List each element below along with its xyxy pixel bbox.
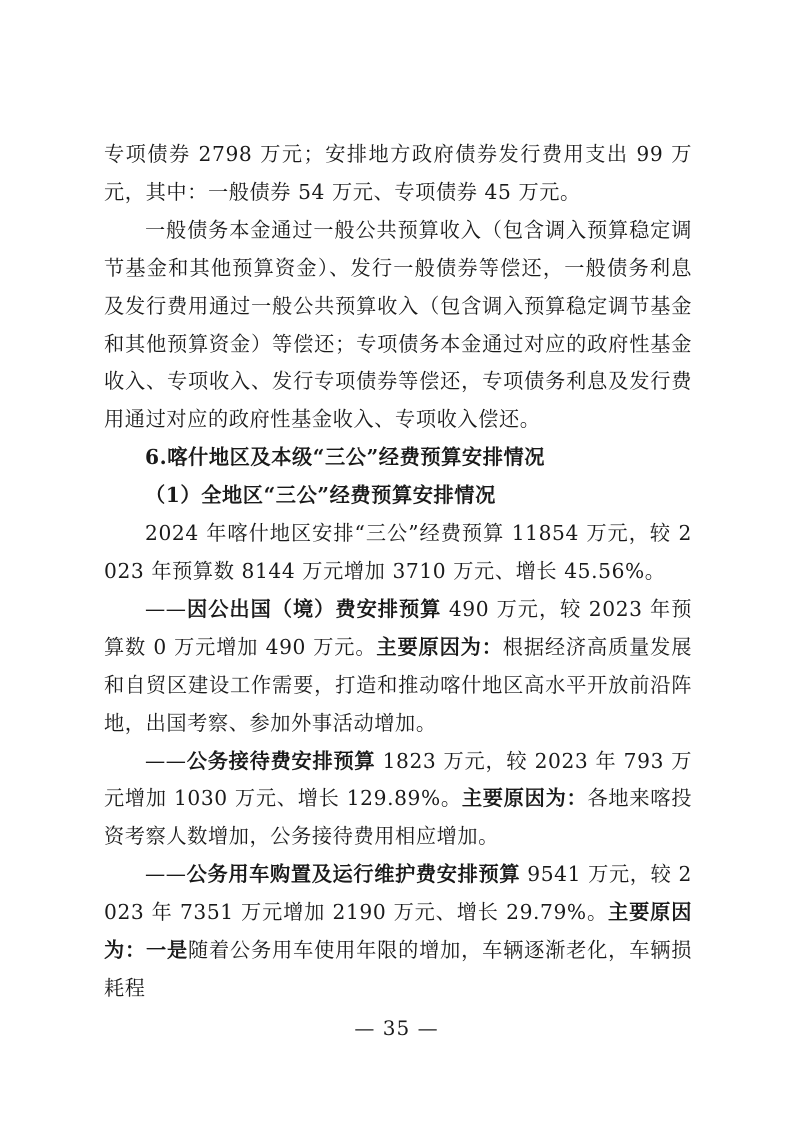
item-overseas-travel: ——因公出国（境）费安排预算 490 万元，较 2023 年预算数 0 万元增加… (104, 591, 692, 743)
item-lead-dash: —— (145, 862, 187, 886)
reason-label: 主要原因为： (376, 635, 502, 659)
paragraph-debt-issuance-cost: 专项债券 2798 万元；安排地方政府债券发行费用支出 99 万元，其中：一般债… (104, 136, 692, 212)
item-title: 公务用车购置及运行维护费安排预算 (187, 862, 521, 886)
section-heading: 6.喀什地区及本级“三公”经费预算安排情况 (104, 439, 692, 477)
summary-paragraph: 2024 年喀什地区安排“三公”经费预算 11854 万元，较 2023 年预算… (104, 515, 692, 591)
subsection-heading: （1）全地区“三公”经费预算安排情况 (104, 477, 692, 515)
reason-text: 随着公务用车使用年限的增加，车辆逐渐老化，车辆损耗程 (104, 938, 692, 1000)
reason-label: 主要原因为： (462, 786, 588, 810)
page-number: — 35 — (0, 1016, 793, 1040)
document-body: 专项债券 2798 万元；安排地方政府债券发行费用支出 99 万元，其中：一般债… (104, 136, 692, 1008)
reason-first-label: 一是 (146, 938, 188, 962)
item-lead-dash: —— (145, 597, 187, 621)
item-title: 因公出国（境）费安排预算 (187, 597, 442, 621)
paragraph-debt-repayment-sources: 一般债务本金通过一般公共预算收入（包含调入预算稳定调节基金和其他预算资金）、发行… (104, 212, 692, 439)
item-title: 公务接待费安排预算 (187, 749, 376, 773)
item-lead-dash: —— (145, 749, 187, 773)
item-official-vehicles: ——公务用车购置及运行维护费安排预算 9541 万元，较 2023 年 7351… (104, 856, 692, 1008)
item-official-reception: ——公务接待费安排预算 1823 万元，较 2023 年 793 万元增加 10… (104, 743, 692, 857)
